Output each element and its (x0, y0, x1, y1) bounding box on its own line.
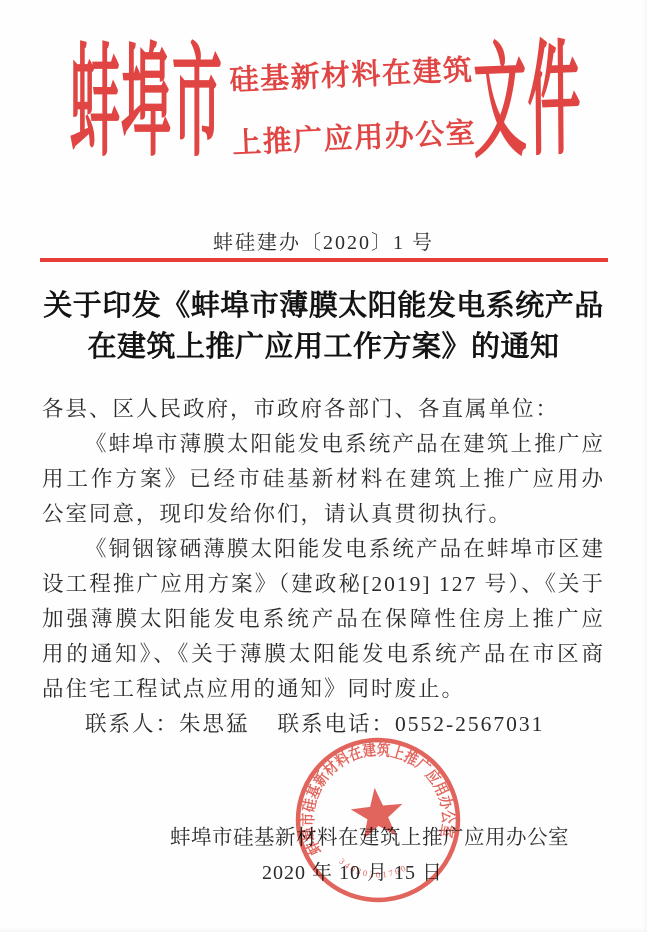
paragraph-2: 《铜铟镓硒薄膜太阳能发电系统产品在蚌埠市区建设工程推广应用方案》（建政秘[201… (42, 532, 605, 707)
doc-body: 各县、区人民政府，市政府各部门、各直属单位： 《蚌埠市薄膜太阳能发电系统产品在建… (42, 392, 605, 742)
doc-number: 蚌硅建办〔2020〕1 号 (0, 226, 647, 255)
contact-person: 联系人：朱思猛 (85, 712, 250, 736)
svg-text:34030301760: 34030301760 (337, 849, 411, 884)
contact-line: 联系人：朱思猛联系电话：0552-2567031 (42, 707, 605, 742)
doc-title-line1: 关于印发《蚌埠市薄膜太阳能发电系统产品 (0, 286, 647, 327)
salutation: 各县、区人民政府，市政府各部门、各直属单位： (42, 392, 605, 427)
letterhead-office-line1: 硅基新材料在建筑 (228, 39, 481, 113)
doc-title: 关于印发《蚌埠市薄膜太阳能发电系统产品 在建筑上推广应用工作方案》的通知 (0, 286, 647, 368)
seal-serial-number: 34030301760 (337, 849, 411, 884)
paragraph-1: 《蚌埠市薄膜太阳能发电系统产品在建筑上推广应用工作方案》已经市硅基新材料在建筑上… (42, 427, 605, 532)
letterhead-office-line2: 上推广应用办公室 (231, 102, 484, 176)
letterhead-doc-type: 文件 (473, 41, 582, 170)
document-page: 蚌埠市 硅基新材料在建筑 上推广应用办公室 文件 蚌硅建办〔2020〕1 号 关… (0, 0, 647, 932)
doc-title-line2: 在建筑上推广应用工作方案》的通知 (0, 327, 647, 368)
letterhead-office-name: 硅基新材料在建筑 上推广应用办公室 (228, 39, 483, 176)
seal-star-icon (349, 785, 406, 840)
red-separator-line (40, 258, 608, 262)
official-seal-stamp: 蚌埠市硅基新材料在建筑上推广应用办公室 34030301760 (283, 725, 472, 914)
letterhead-city: 蚌埠市 (70, 42, 223, 165)
